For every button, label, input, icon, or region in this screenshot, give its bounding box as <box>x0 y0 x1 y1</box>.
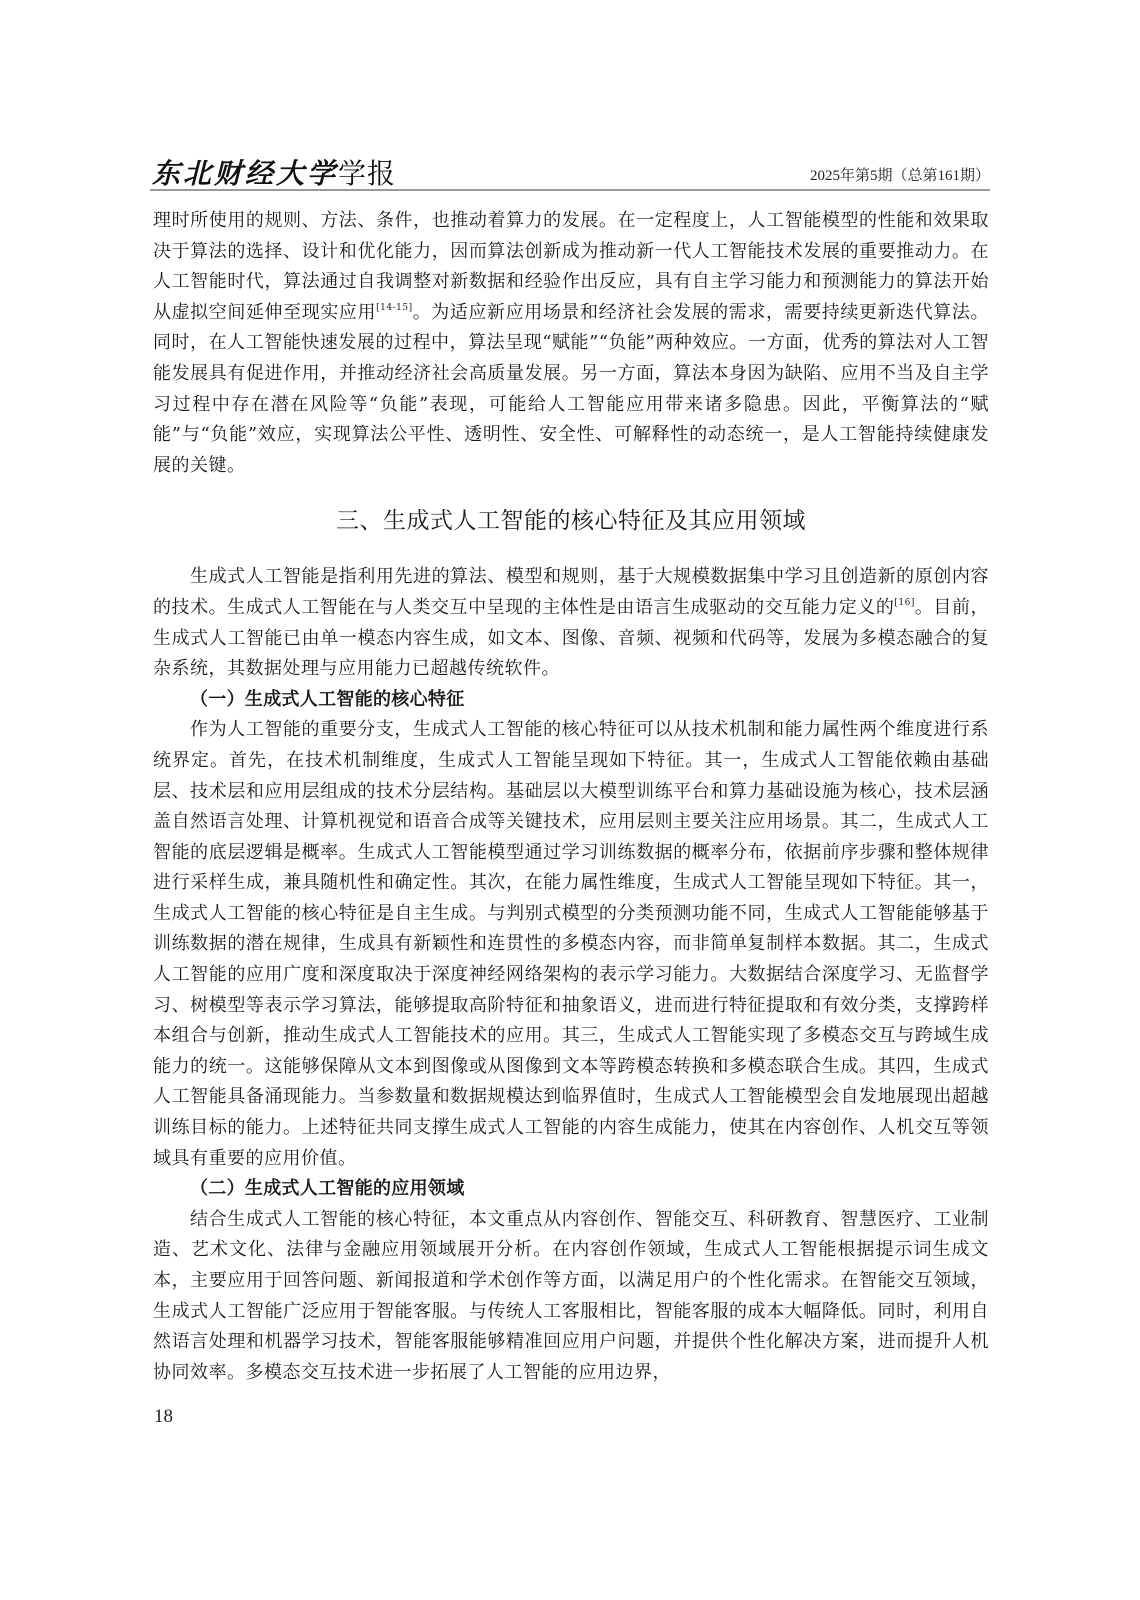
paragraph: 结合生成式人工智能的核心特征，本文重点从内容创作、智能交互、科研教育、智慧医疗、… <box>153 1205 989 1389</box>
citation: [16] <box>894 598 914 608</box>
article-body: 理时所使用的规则、方法、条件，也推动着算力的发展。在一定程度上，人工智能模型的性… <box>153 206 989 1388</box>
running-header: 东北财经大学学报 2025年第5期（总第161期） <box>150 150 990 190</box>
header-rule <box>150 189 990 191</box>
subsection-heading: （二）生成式人工智能的应用领域 <box>153 1174 989 1205</box>
section-heading: 三、生成式人工智能的核心特征及其应用领域 <box>153 481 989 562</box>
citation: [14-15] <box>376 303 412 313</box>
subsection-heading: （一）生成式人工智能的核心特征 <box>153 685 989 716</box>
paragraph: 作为人工智能的重要分支，生成式人工智能的核心特征可以从技术机制和能力属性两个维度… <box>153 715 989 1174</box>
page-number: 18 <box>154 1406 173 1428</box>
journal-logo: 东北财经大学学报 <box>152 152 396 192</box>
journal-name-calligraphy: 东北财经大学 <box>152 157 338 190</box>
paragraph: 理时所使用的规则、方法、条件，也推动着算力的发展。在一定程度上，人工智能模型的性… <box>153 206 989 481</box>
paragraph: 生成式人工智能是指利用先进的算法、模型和规则，基于大规模数据集中学习且创造新的原… <box>153 562 989 684</box>
issue-info: 2025年第5期（总第161期） <box>810 164 990 185</box>
journal-name-suffix: 学报 <box>338 157 396 190</box>
